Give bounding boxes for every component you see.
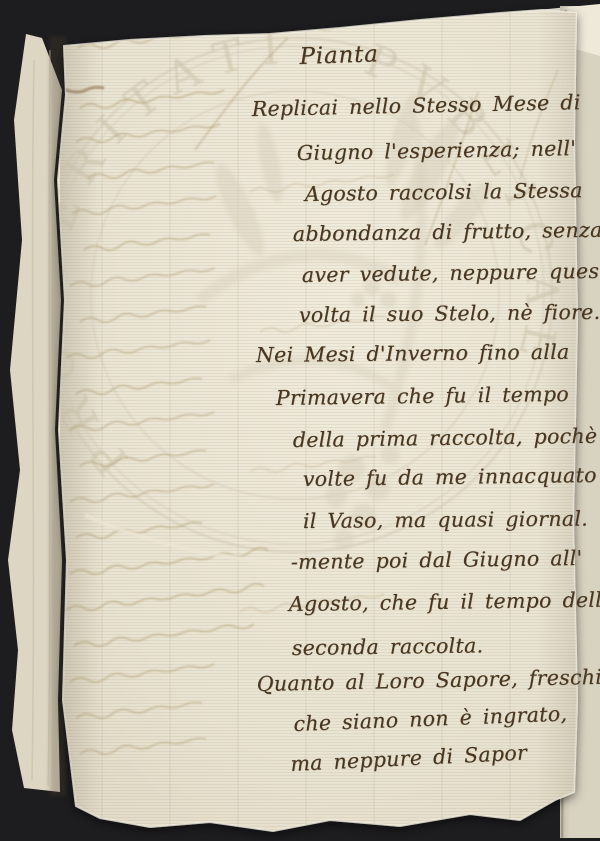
manuscript-line: Giugno l'esperienza; nell' xyxy=(297,136,577,165)
manuscript-line: Primavera che fu il tempo xyxy=(276,382,569,410)
manuscript-text: Pianta Replicai nello Stesso Mese di Giu… xyxy=(0,0,600,841)
manuscript-line: Agosto raccolsi la Stessa xyxy=(305,178,583,206)
manuscript-line: Quanto al Loro Sapore, freschi xyxy=(256,665,600,696)
manuscript-line: volte fu da me innacquato xyxy=(303,463,597,491)
manuscript-line: volta il suo Stelo, nè fiore. xyxy=(299,300,600,327)
manuscript-line: Agosto, che fu il tempo della xyxy=(289,587,600,616)
manuscript-line: -mente poi dal Giugno all' xyxy=(291,546,583,574)
manuscript-line: abbondanza di frutto, senza xyxy=(293,218,600,246)
manuscript-line: Replicai nello Stesso Mese di xyxy=(251,90,580,121)
manuscript-heading: Pianta xyxy=(299,41,379,70)
manuscript-line: ma neppure di Sapor xyxy=(290,740,528,776)
manuscript-line: Nei Mesi d'Inverno fino alla xyxy=(256,340,570,367)
manuscript-line: seconda raccolta. xyxy=(292,633,484,660)
manuscript-line: della prima raccolta, pochè xyxy=(293,424,598,452)
manuscript-photo: PROSPERITATI PVBLICAE xyxy=(0,0,600,841)
manuscript-line: aver vedute, neppure questa xyxy=(302,259,600,287)
manuscript-line: che siano non è ingrato, xyxy=(293,702,568,736)
manuscript-line: il Vaso, ma quasi giornal. xyxy=(303,507,588,533)
